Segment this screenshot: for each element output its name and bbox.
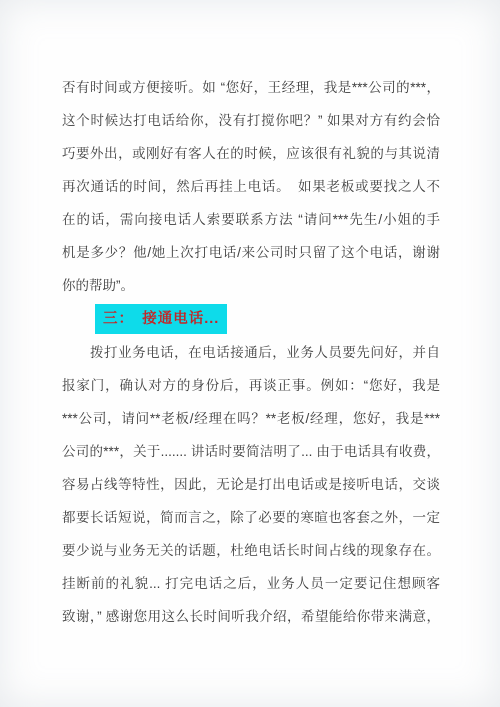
text-line: 公司的***，关于....... 讲话时要简洁明了... 由于电话具有收费， bbox=[62, 435, 440, 468]
text-line: 巧要外出，或刚好有客人在的时候，应该很有礼貌的与其说清 bbox=[62, 137, 440, 170]
paragraph-2: 拨打业务电话，在电话接通后，业务人员要先问好，并自 报家门，确认对方的身份后，再… bbox=[62, 336, 440, 633]
text-line: 这个时候达打电话给你，没有打搅你吧？” 如果对方有约会恰 bbox=[62, 104, 440, 137]
section-heading-highlight: 三： 接通电话... bbox=[95, 304, 227, 334]
text-line: ***公司，请问**老板/经理在吗？**老板/经理，您好，我是*** bbox=[62, 402, 440, 435]
text-line: 机是多少？他/她上次打电话/来公司时只留了这个电话，谢谢 bbox=[62, 236, 440, 269]
text-line: 在的话，需向接电话人索要联系方法 “请问***先生/小姐的手 bbox=[62, 203, 440, 236]
document-content: 否有时间或方便接听。如 “您好，王经理，我是***公司的***， 这个时候达打电… bbox=[62, 71, 440, 633]
document-page: 否有时间或方便接听。如 “您好，王经理，我是***公司的***， 这个时候达打电… bbox=[0, 0, 500, 707]
section-heading-row: 三： 接通电话... bbox=[62, 302, 440, 336]
text-line: 你的帮助”。 bbox=[62, 269, 440, 302]
text-line: 再次通话的时间，然后再挂上电话。 如果老板或要找之人不 bbox=[62, 170, 440, 203]
text-line: 都要长话短说，简而言之，除了必要的寒暄也客套之外，一定 bbox=[62, 501, 440, 534]
text-line: 报家门，确认对方的身份后，再谈正事。例如：“您好，我是 bbox=[62, 369, 440, 402]
text-line: 拨打业务电话，在电话接通后，业务人员要先问好，并自 bbox=[62, 336, 440, 369]
text-line: 挂断前的礼貌... 打完电话之后，业务人员一定要记住想顾客 bbox=[62, 567, 440, 600]
text-line: 否有时间或方便接听。如 “您好，王经理，我是***公司的***， bbox=[62, 71, 440, 104]
text-line: 致谢，” 感谢您用这么长时间听我介绍，希望能给你带来满意， bbox=[62, 600, 440, 633]
paragraph-1: 否有时间或方便接听。如 “您好，王经理，我是***公司的***， 这个时候达打电… bbox=[62, 71, 440, 302]
text-line: 容易占线等特性，因此，无论是打出电话或是接听电话，交谈 bbox=[62, 468, 440, 501]
text-line: 要少说与业务无关的话题，杜绝电话长时间占线的现象存在。 bbox=[62, 534, 440, 567]
